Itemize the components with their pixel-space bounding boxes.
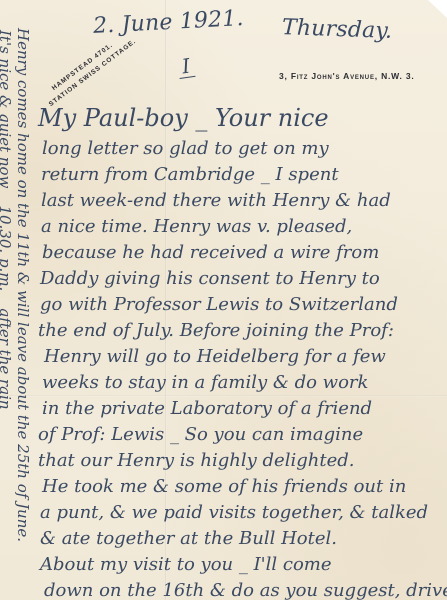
body-line: a punt, & we paid visits together, & tal… [40,500,445,526]
letter-paper: 2. June 1921. Thursday. I HAMPSTEAD 4701… [0,0,447,600]
body-line: Daddy giving his consent to Henry to [40,266,445,292]
body-line: long letter so glad to get on my [42,136,447,162]
body-line: a nice time. Henry was v. pleased, [41,214,446,240]
body-line: weeks to stay in a family & do work [42,370,447,396]
letterhead-station: STATION SWISS COTTAGE. [48,38,138,108]
body-line: & ate together at the Bull Hotel. [40,526,445,552]
body-line: go with Professor Lewis to Switzerland [40,292,445,318]
letter-body: My Paul-boy _ Your nice long letter so g… [38,100,443,600]
letterhead-address: 3, Fitz John's Avenue, N.W. 3. [279,71,415,81]
letter-date: 2. June 1921. [92,6,244,39]
body-line: last week-end there with Henry & had [41,188,446,214]
body-line: He took me & some of his friends out in [42,474,447,500]
body-line: because he had received a wire from [42,240,447,266]
body-line: of Prof: Lewis _ So you can imagine [38,422,443,448]
margin-note-henry: Henry comes home on the 11th & will leav… [14,28,32,542]
body-line: in the private Laboratory of a friend [42,396,447,422]
body-line: return from Cambridge _ I spent [41,162,446,188]
page-number: I [176,54,195,79]
margin-note-quiet: It's nice & quiet now _ 10.30. p.m. _ af… [0,30,14,410]
body-line: that our Henry is highly delighted. [38,448,443,474]
salutation: My Paul-boy _ Your nice [38,100,443,136]
letter-day: Thursday. [282,15,393,44]
body-line: the end of July. Before joining the Prof… [38,318,443,344]
body-line: Henry will go to Heidelberg for a few [44,344,447,370]
body-line: down on the 16th & do as you suggest, dr… [44,578,447,600]
body-line: About my visit to you _ I'll come [40,552,445,578]
